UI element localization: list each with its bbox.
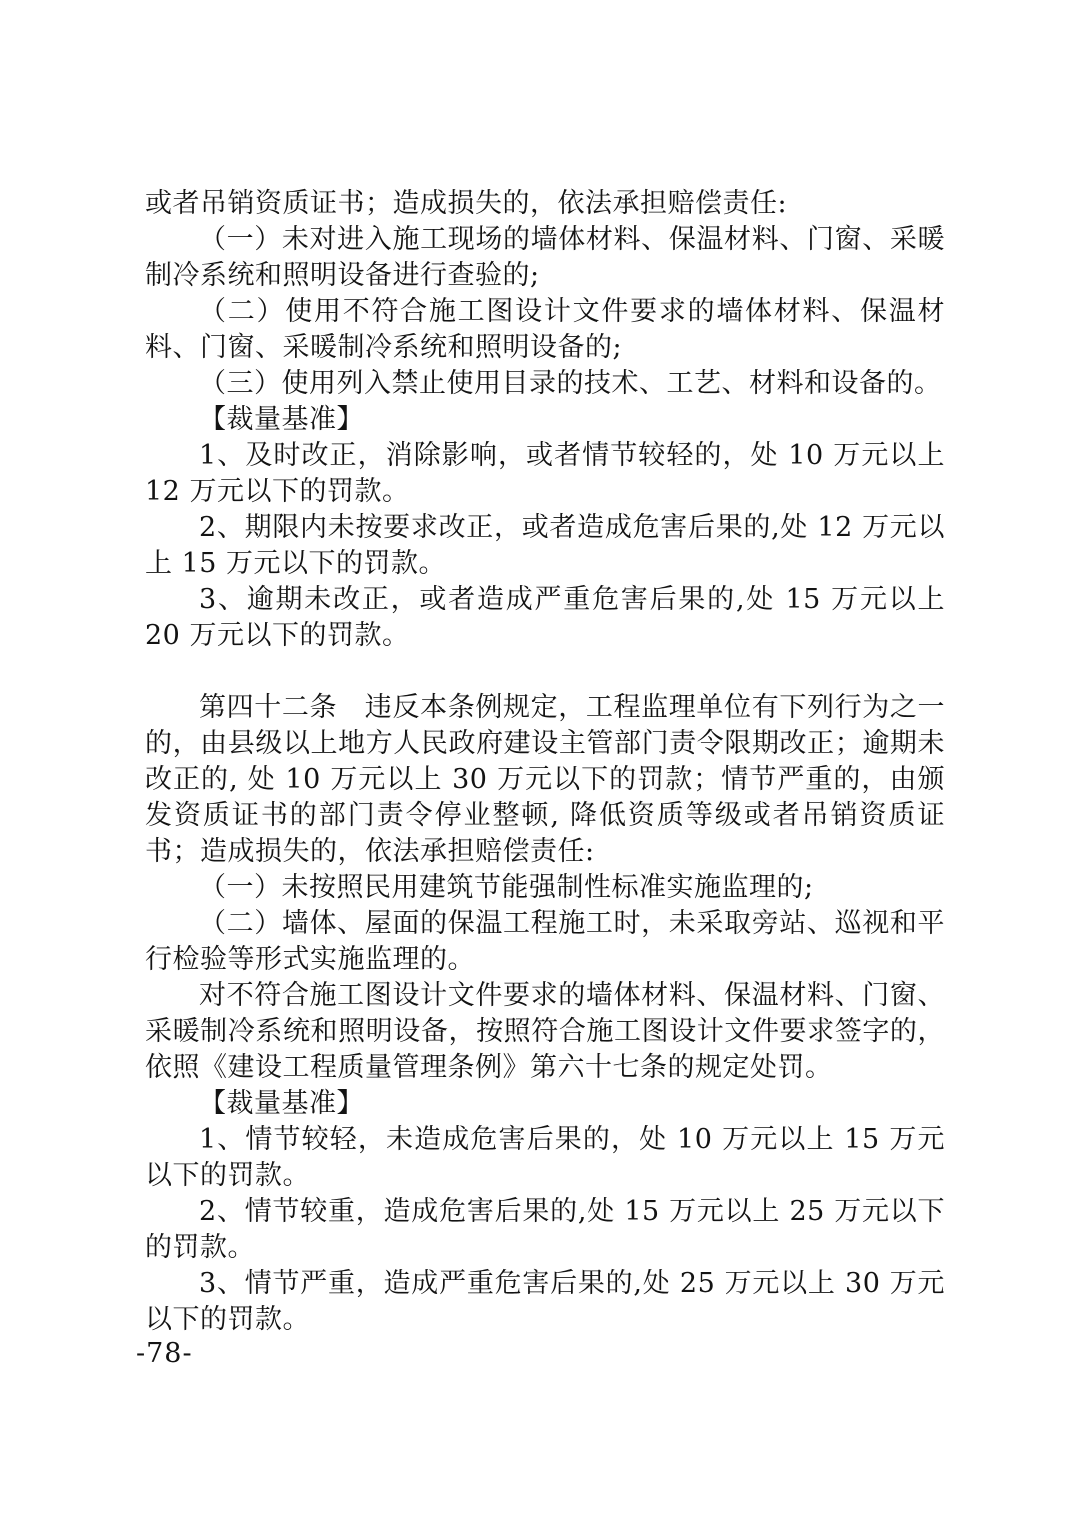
para-benchmark-1-1: 1、及时改正，消除影响，或者情节较轻的，处 10 万元以上 12 万元以下的罚款… — [145, 438, 945, 510]
para-article-42-item-two: （二）墙体、屋面的保温工程施工时，未采取旁站、巡视和平行检验等形式实施监理的。 — [145, 906, 945, 978]
para-item-two: （二）使用不符合施工图设计文件要求的墙体材料、保温材料、门窗、采暖制冷系统和照明… — [145, 294, 945, 366]
para-benchmark-1-2: 2、期限内未按要求改正，或者造成危害后果的,处 12 万元以上 15 万元以下的… — [145, 510, 945, 582]
para-benchmark-2-3: 3、情节严重，造成严重危害后果的,处 25 万元以上 30 万元以下的罚款。 — [145, 1266, 945, 1338]
para-intro-continuation: 或者吊销资质证书；造成损失的，依法承担赔偿责任: — [145, 186, 945, 222]
blank-line — [145, 654, 945, 690]
para-benchmark-1-3: 3、逾期未改正，或者造成严重危害后果的,处 15 万元以上 20 万元以下的罚款… — [145, 582, 945, 654]
document-page: 或者吊销资质证书；造成损失的，依法承担赔偿责任: （一）未对进入施工现场的墙体材… — [0, 0, 1075, 1520]
para-article-42: 第四十二条 违反本条例规定，工程监理单位有下列行为之一的，由县级以上地方人民政府… — [145, 690, 945, 870]
para-benchmark-2-2: 2、情节较重，造成危害后果的,处 15 万元以上 25 万元以下的罚款。 — [145, 1194, 945, 1266]
document-body: 或者吊销资质证书；造成损失的，依法承担赔偿责任: （一）未对进入施工现场的墙体材… — [145, 186, 945, 1338]
para-article-42-supplement: 对不符合施工图设计文件要求的墙体材料、保温材料、门窗、采暖制冷系统和照明设备，按… — [145, 978, 945, 1086]
heading-discretion-benchmark-1: 【裁量基准】 — [145, 402, 945, 438]
para-item-one: （一）未对进入施工现场的墙体材料、保温材料、门窗、采暖制冷系统和照明设备进行查验… — [145, 222, 945, 294]
heading-discretion-benchmark-2: 【裁量基准】 — [145, 1086, 945, 1122]
para-item-three: （三）使用列入禁止使用目录的技术、工艺、材料和设备的。 — [145, 366, 945, 402]
para-article-42-item-one: （一）未按照民用建筑节能强制性标准实施监理的; — [145, 870, 945, 906]
page-number: -78- — [136, 1338, 193, 1369]
para-benchmark-2-1: 1、情节较轻，未造成危害后果的，处 10 万元以上 15 万元以下的罚款。 — [145, 1122, 945, 1194]
